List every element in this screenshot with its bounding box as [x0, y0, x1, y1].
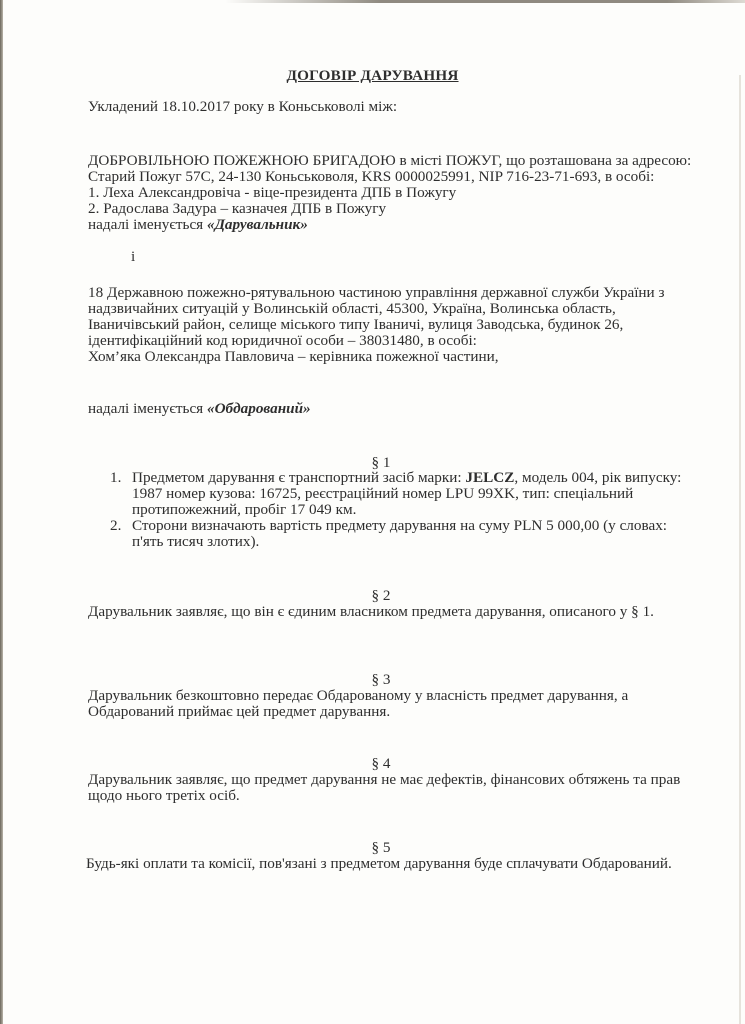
scan-edge-left — [0, 0, 3, 1024]
item-text: Предметом дарування є транспортний засіб… — [132, 469, 465, 486]
recipient-role-name: «Обдарований» — [207, 400, 311, 417]
section-text: Дарувальник заявляє, що він є єдиним вла… — [88, 604, 654, 620]
list-item-line: Предметом дарування є транспортний засіб… — [132, 470, 681, 486]
section-text: щодо нього третіх осіб. — [88, 788, 240, 804]
section-heading: § 2 — [0, 588, 745, 604]
recipient-line: Іваничівський район, селище міського тип… — [88, 317, 623, 333]
recipient-line: 18 Державною пожежно-рятувальною частино… — [88, 285, 665, 301]
item-text: , модель 004, рік випуску: — [514, 469, 681, 486]
concluded-line: Укладений 18.10.2017 року в Коньськоволі… — [88, 99, 397, 115]
list-item-line: 1987 номер кузова: 16725, реєстраційний … — [132, 486, 633, 502]
section-text: Будь-які оплати та комісії, пов'язані з … — [86, 856, 672, 872]
list-number: 1. — [110, 470, 121, 486]
recipient-line: надзвичайних ситуацій у Волинській облас… — [88, 301, 616, 317]
donor-line: 1. Леха Александровіча - віце-президента… — [88, 185, 456, 201]
section-heading: § 5 — [0, 840, 745, 856]
section-heading: § 4 — [0, 756, 745, 772]
recipient-line: Хом’яка Олександра Павловича – керівника… — [88, 349, 499, 365]
vehicle-brand: JELCZ — [465, 469, 514, 486]
recipient-line: ідентифікаційний код юридичної особи – 3… — [88, 333, 477, 349]
donor-line: 2. Радослава Задура – казначея ДПБ в Пож… — [88, 201, 386, 217]
list-item-line: Сторони визначають вартість предмету дар… — [132, 518, 667, 534]
scan-edge-top — [225, 0, 745, 3]
donor-line: ДОБРОВІЛЬНОЮ ПОЖЕЖНОЮ БРИГАДОЮ в місті П… — [88, 153, 691, 169]
list-item-line: п'ять тисяч злотих). — [132, 534, 259, 550]
scan-edge-right — [739, 75, 741, 1024]
donor-named-line: надалі іменується «Дарувальник» — [88, 217, 308, 233]
donor-role-name: «Дарувальник» — [207, 216, 308, 233]
document-title: ДОГОВІР ДАРУВАННЯ — [0, 68, 745, 84]
named-prefix: надалі іменується — [88, 400, 207, 417]
donor-line: Старий Пожуг 57C, 24-130 Коньськоволя, K… — [88, 169, 654, 185]
section-text: Обдарований приймає цей предмет даруванн… — [88, 704, 390, 720]
list-number: 2. — [110, 518, 121, 534]
list-item-line: протипожежний, пробіг 17 049 км. — [132, 502, 356, 518]
section-text: Дарувальник безкоштовно передає Обдарова… — [88, 688, 628, 704]
section-text: Дарувальник заявляє, що предмет даруванн… — [88, 772, 680, 788]
conjunction: і — [131, 249, 135, 265]
recipient-named-line: надалі іменується «Обдарований» — [88, 401, 311, 417]
section-heading: § 3 — [0, 672, 745, 688]
named-prefix: надалі іменується — [88, 216, 207, 233]
